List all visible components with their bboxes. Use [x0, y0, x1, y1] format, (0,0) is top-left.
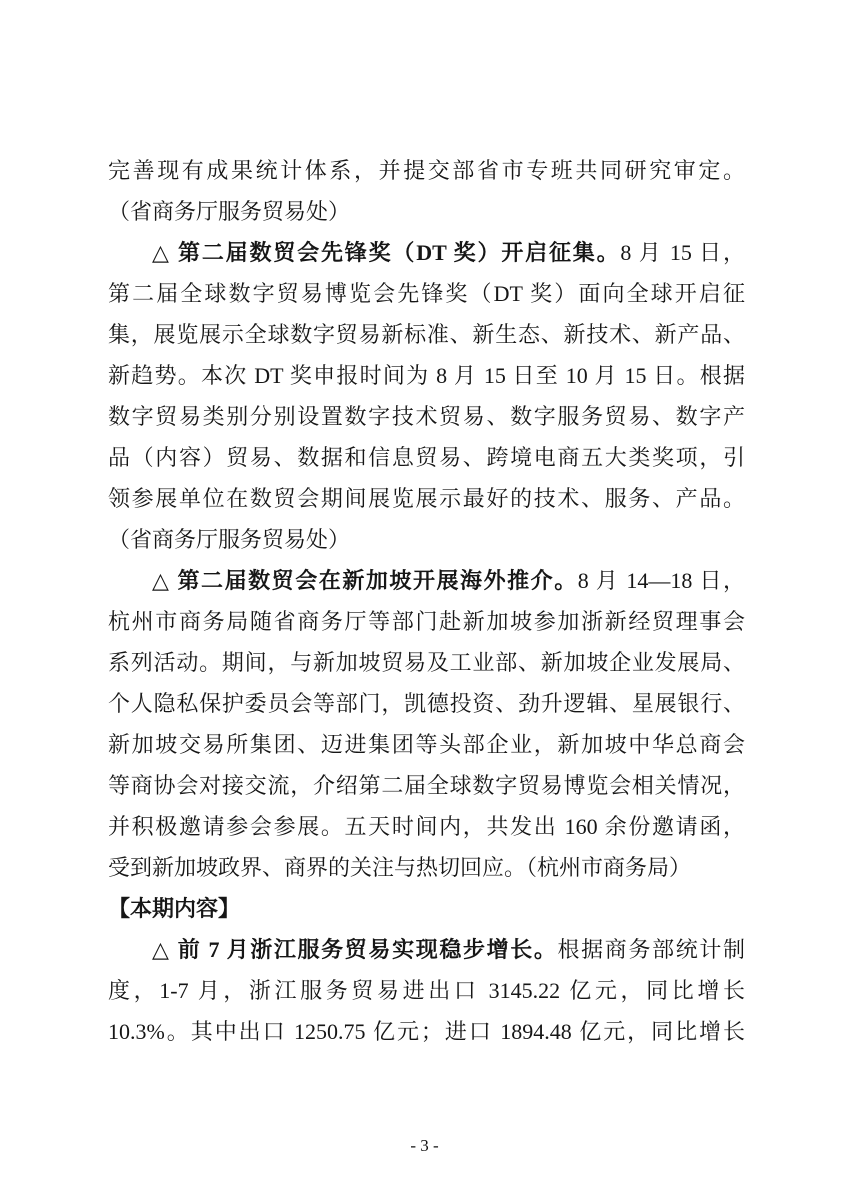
text-line: （省商务厅服务贸易处） [108, 191, 745, 232]
text-line: 并积极邀请参会参展。五天时间内，共发出 160 余份邀请函， [108, 806, 745, 847]
text-line: 个人隐私保护委员会等部门，凯德投资、劲升逻辑、星展银行、 [108, 683, 745, 724]
text-line: △ 第二届数贸会在新加坡开展海外推介。8 月 14—18 日， [108, 560, 745, 601]
text-line: 品（内容）贸易、数据和信息贸易、跨境电商五大类奖项，引 [108, 437, 745, 478]
text-segment: 受到新加坡政界、商界的关注与热切回应。（杭州市商务局） [108, 855, 691, 880]
text-line: 系列活动。期间，与新加坡贸易及工业部、新加坡企业发展局、 [108, 642, 745, 683]
text-segment: 根据商务部统计制 [558, 937, 745, 962]
text-line: 度，1-7 月，浙江服务贸易进出口 3145.22 亿元，同比增长 [108, 970, 745, 1011]
text-line: 新加坡交易所集团、迈进集团等头部企业，新加坡中华总商会 [108, 724, 745, 765]
text-segment: 领参展单位在数贸会期间展览展示最好的技术、服务、产品。 [108, 486, 745, 511]
text-segment: 8 月 14—18 日， [578, 568, 745, 593]
text-line: 第二届全球数字贸易博览会先锋奖（DT 奖）面向全球开启征 [108, 273, 745, 314]
text-line: 【本期内容】 [108, 888, 745, 929]
text-segment: 新加坡交易所集团、迈进集团等头部企业，新加坡中华总商会 [108, 732, 745, 757]
text-segment: 数字贸易类别分别设置数字技术贸易、数字服务贸易、数字产 [108, 404, 745, 429]
text-segment: 新趋势。本次 DT 奖申报时间为 8 月 15 日至 10 月 15 日。根据 [108, 363, 745, 388]
text-line: 等商协会对接交流，介绍第二届全球数字贸易博览会相关情况， [108, 765, 745, 806]
bold-heading-segment: △ 第二届数贸会在新加坡开展海外推介。 [152, 568, 578, 593]
text-segment: 度，1-7 月，浙江服务贸易进出口 3145.22 亿元，同比增长 [108, 978, 745, 1003]
text-line: 完善现有成果统计体系，并提交部省市专班共同研究审定。 [108, 150, 745, 191]
text-segment: （省商务厅服务贸易处） [108, 527, 350, 552]
text-line: 受到新加坡政界、商界的关注与热切回应。（杭州市商务局） [108, 847, 745, 888]
text-line: 数字贸易类别分别设置数字技术贸易、数字服务贸易、数字产 [108, 396, 745, 437]
text-line: 集，展览展示全球数字贸易新标准、新生态、新技术、新产品、 [108, 314, 745, 355]
text-segment: 等商协会对接交流，介绍第二届全球数字贸易博览会相关情况， [108, 773, 745, 798]
text-line: 新趋势。本次 DT 奖申报时间为 8 月 15 日至 10 月 15 日。根据 [108, 355, 745, 396]
text-segment: 杭州市商务局随省商务厅等部门赴新加坡参加浙新经贸理事会 [108, 609, 745, 634]
text-segment: 完善现有成果统计体系，并提交部省市专班共同研究审定。 [108, 158, 745, 183]
bold-heading-segment: △ 前 7 月浙江服务贸易实现稳步增长。 [152, 937, 558, 962]
text-line: △ 第二届数贸会先锋奖（DT 奖）开启征集。8 月 15 日， [108, 232, 745, 273]
text-line: 杭州市商务局随省商务厅等部门赴新加坡参加浙新经贸理事会 [108, 601, 745, 642]
text-line: 10.3%。其中出口 1250.75 亿元；进口 1894.48 亿元，同比增长 [108, 1011, 745, 1052]
text-segment: 品（内容）贸易、数据和信息贸易、跨境电商五大类奖项，引 [108, 445, 745, 470]
text-segment: 系列活动。期间，与新加坡贸易及工业部、新加坡企业发展局、 [108, 650, 745, 675]
text-segment: 并积极邀请参会参展。五天时间内，共发出 160 余份邀请函， [108, 814, 745, 839]
text-segment: （省商务厅服务贸易处） [108, 199, 350, 224]
text-segment: 集，展览展示全球数字贸易新标准、新生态、新技术、新产品、 [108, 322, 745, 347]
page-footer: - 3 - [0, 1136, 849, 1156]
text-segment: 8 月 15 日， [620, 240, 745, 265]
text-segment: 个人隐私保护委员会等部门，凯德投资、劲升逻辑、星展银行、 [108, 691, 745, 716]
bold-heading-segment: 【本期内容】 [108, 896, 240, 921]
text-line: （省商务厅服务贸易处） [108, 519, 745, 560]
text-line: 领参展单位在数贸会期间展览展示最好的技术、服务、产品。 [108, 478, 745, 519]
page-number: - 3 - [410, 1136, 438, 1155]
text-line: △ 前 7 月浙江服务贸易实现稳步增长。根据商务部统计制 [108, 929, 745, 970]
text-segment: 10.3%。其中出口 1250.75 亿元；进口 1894.48 亿元，同比增长 [108, 1019, 745, 1044]
text-segment: 第二届全球数字贸易博览会先锋奖（DT 奖）面向全球开启征 [108, 281, 745, 306]
bold-heading-segment: △ 第二届数贸会先锋奖（DT 奖）开启征集。 [152, 240, 620, 265]
document-page: 完善现有成果统计体系，并提交部省市专班共同研究审定。（省商务厅服务贸易处）△ 第… [0, 0, 849, 1200]
document-body: 完善现有成果统计体系，并提交部省市专班共同研究审定。（省商务厅服务贸易处）△ 第… [108, 150, 745, 1052]
